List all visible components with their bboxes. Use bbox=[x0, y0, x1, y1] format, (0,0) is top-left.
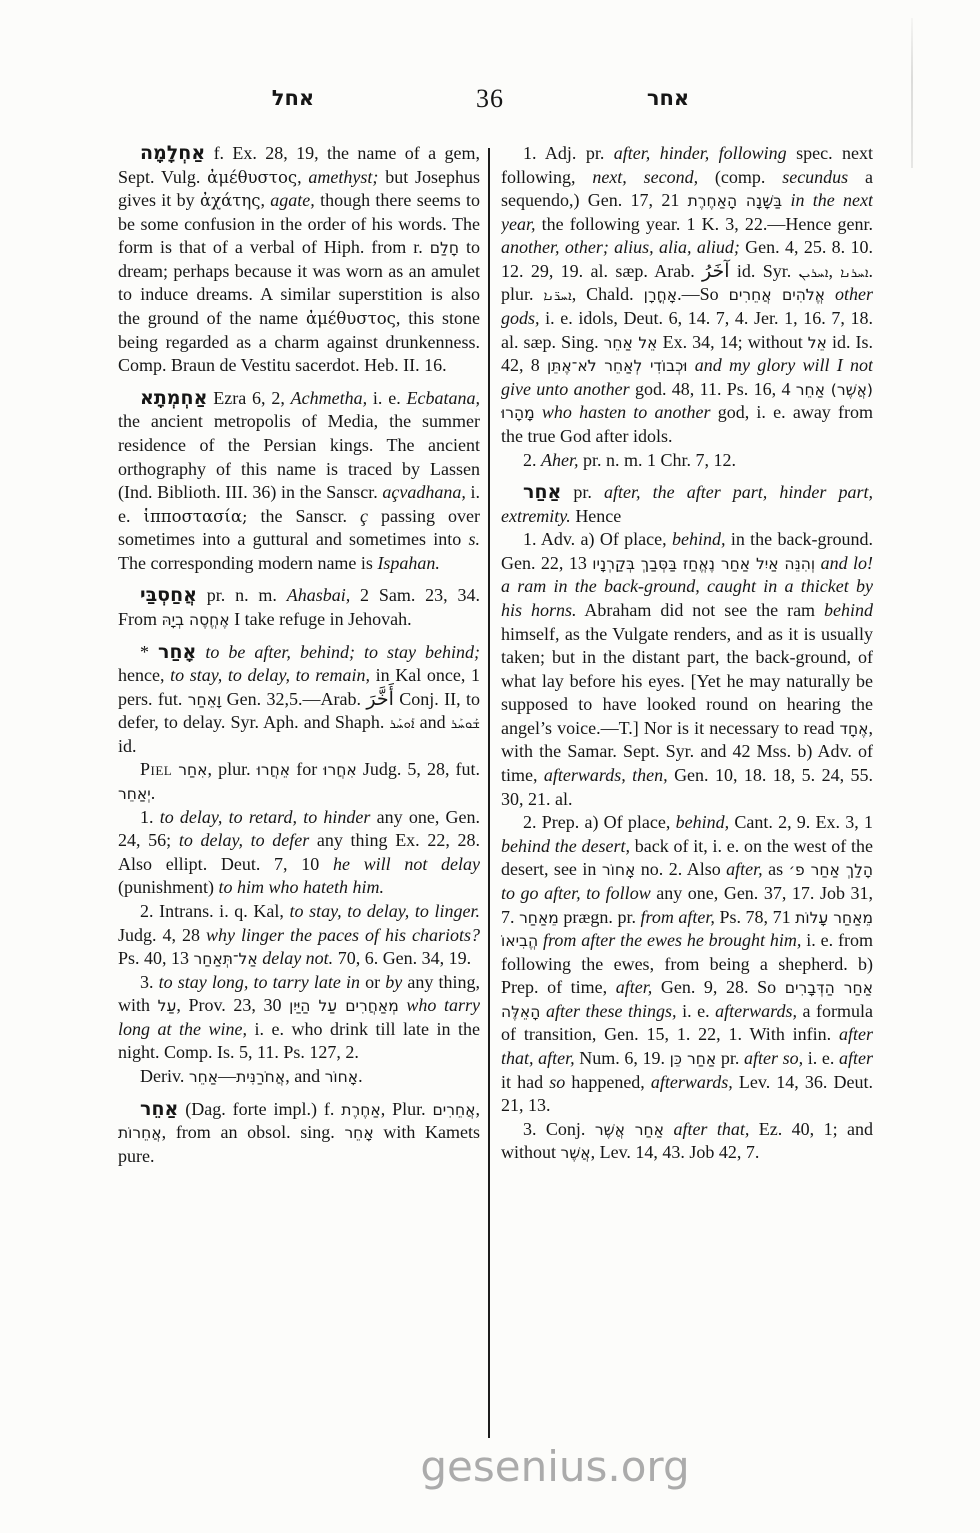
italic-text-run: after so, bbox=[744, 1048, 803, 1068]
hebrew-text: אֵל bbox=[808, 334, 827, 352]
italic-text-run: to delay, to retard, to hinder bbox=[160, 807, 371, 827]
italic-text-run: Ahasbai, bbox=[287, 585, 351, 605]
hebrew-text: אֲחֵרִים bbox=[433, 1101, 476, 1119]
hebrew-text: אַחֶרֶת bbox=[341, 1101, 380, 1119]
text-run: , Prov. 23, 30 bbox=[176, 995, 289, 1015]
entry-paragraph: 2. Aher, pr. n. m. 1 Chr. 7, 12. bbox=[501, 449, 873, 473]
entry-paragraph: 1. Adj. pr. after, hinder, following spe… bbox=[501, 142, 873, 449]
italic-text-run: afterwards, bbox=[715, 1001, 797, 1021]
grammar-label: Piel bbox=[140, 759, 172, 779]
scan-artifact-line bbox=[911, 18, 913, 168]
hebrew-text: אִחֲרוּ bbox=[323, 761, 356, 779]
text-run: (Dag. forte impl.) f. bbox=[178, 1099, 341, 1119]
text-run: id. bbox=[118, 736, 137, 756]
text-run: , Chald. bbox=[572, 284, 644, 304]
syriac-text: ܐܚܪܝܢ bbox=[799, 266, 829, 281]
text-run: or bbox=[360, 972, 385, 992]
text-run: (punishment) bbox=[118, 877, 219, 897]
italic-text-run: after bbox=[839, 1048, 873, 1068]
text-run: 1. Adv. a) Of place, bbox=[523, 529, 672, 549]
italic-text-run: afterwards, then, bbox=[544, 765, 668, 785]
entry-paragraph: Piel אִחַר, plur. אֵחֲרוּ for אִחֲרוּ Ju… bbox=[118, 758, 480, 805]
hebrew-text: בַּשָּׁנָה הָאַחֶרֶת bbox=[688, 192, 783, 210]
text-run: 2. Intrans. i. q. Kal, bbox=[140, 901, 289, 921]
entry-paragraph: 1. Adv. a) Of place, behind, in the back… bbox=[501, 528, 873, 811]
italic-text-run: ç bbox=[360, 506, 368, 526]
text-run: and bbox=[415, 712, 451, 732]
text-run: The corresponding modern name is bbox=[118, 553, 377, 573]
hebrew-headword: אַחֵר bbox=[140, 1098, 178, 1120]
running-head-word-left: אחל bbox=[223, 86, 363, 110]
text-run bbox=[535, 402, 542, 422]
entry-paragraph: 1. to delay, to retard, to hinder any on… bbox=[118, 806, 480, 900]
text-run: 1. Adj. pr. bbox=[523, 143, 614, 163]
italic-text-run: behind the desert, bbox=[501, 836, 630, 856]
text-run: , bbox=[260, 190, 270, 210]
text-run: Judg. 4, 28 bbox=[118, 925, 206, 945]
text-run: pr. bbox=[716, 1048, 744, 1068]
italic-text-run: why linger the paces of his chariots? bbox=[206, 925, 480, 945]
text-run: , from an obsol. sing. bbox=[162, 1122, 345, 1142]
text-run: * bbox=[140, 642, 158, 662]
hebrew-text: אֲחֵרוֹת bbox=[118, 1124, 162, 1142]
text-run: .—So bbox=[677, 284, 728, 304]
greek-text: ἀχάτης bbox=[200, 191, 261, 210]
text-run: pr. bbox=[561, 482, 604, 502]
greek-text: ἀμέθυστος bbox=[306, 309, 396, 328]
hebrew-text: אֶחֱסֶה בְיָהּ bbox=[162, 611, 230, 629]
italic-text-run: Ecbatana, bbox=[407, 388, 481, 408]
text-run: the Sanscr. bbox=[248, 506, 360, 526]
italic-text-run: from after, bbox=[641, 907, 715, 927]
text-run: 2. bbox=[523, 450, 541, 470]
italic-text-run: to stay long, to tarry late in bbox=[159, 972, 360, 992]
italic-text-run: after, bbox=[616, 977, 653, 997]
italic-text-run: to stay, to delay, to remain, bbox=[170, 665, 370, 685]
italic-text-run: açvadhana, bbox=[382, 482, 465, 502]
hebrew-text: אַחֵר bbox=[189, 1068, 218, 1086]
right-text-column: 1. Adj. pr. after, hinder, following spe… bbox=[501, 142, 873, 1442]
hebrew-text: אֱלֹהִים אֲחֵרִים bbox=[729, 286, 825, 304]
italic-text-run: after these things, bbox=[546, 1001, 677, 1021]
text-run: prægn. pr. bbox=[559, 907, 641, 927]
text-run: I take refuge in Jehovah. bbox=[230, 609, 412, 629]
hebrew-text: אַחַר אֲשֶׁר bbox=[595, 1121, 664, 1139]
arabic-text: أَخَّرَ bbox=[366, 688, 394, 710]
text-run: 3. bbox=[140, 972, 159, 992]
hebrew-text: מֵאַחַר bbox=[519, 909, 559, 927]
entry-paragraph: 3. Conj. אַחַר אֲשֶׁר after that, Ez. 40… bbox=[501, 1118, 873, 1165]
syriac-text: ܐܰܘܚܰܪ bbox=[389, 717, 414, 732]
text-run: Gen. 9, 28. So bbox=[652, 977, 784, 997]
text-run: Num. 6, 19. bbox=[575, 1048, 670, 1068]
greek-text: ἱπποστασία; bbox=[143, 507, 247, 526]
hebrew-text: אֵל אַחֵר bbox=[604, 334, 658, 352]
text-run: Judg. 5, 28, fut. bbox=[357, 759, 480, 779]
italic-text-run: to go after, to follow bbox=[501, 883, 651, 903]
italic-text-run: by bbox=[385, 972, 402, 992]
hebrew-text: אַחַר כֵּן bbox=[670, 1050, 717, 1068]
italic-text-run: s. bbox=[468, 529, 480, 549]
hebrew-text: הָלַךְ אַחַר פ׳ bbox=[789, 861, 873, 879]
text-run: Ex. 34, 14; without bbox=[658, 332, 808, 352]
syriac-text: ܐܚܪ̈ܢܐ bbox=[543, 289, 571, 304]
text-run: 1. bbox=[140, 807, 160, 827]
hebrew-text: אִחַר bbox=[178, 761, 207, 779]
text-run: , bbox=[476, 1099, 480, 1119]
text-run: i. e. bbox=[803, 1048, 839, 1068]
text-run: it had bbox=[501, 1072, 549, 1092]
italic-text-run: to him who hateth him. bbox=[219, 877, 385, 897]
text-run: as bbox=[763, 859, 789, 879]
hebrew-headword: אָחַר bbox=[158, 641, 196, 663]
text-run: Gen. 32,5.—Arab. bbox=[221, 689, 366, 709]
italic-text-run: Aher, bbox=[541, 450, 579, 470]
text-run: , bbox=[828, 261, 840, 281]
hebrew-text: חָלַם bbox=[430, 239, 459, 257]
running-head-word-right: אחר bbox=[598, 86, 738, 110]
italic-text-run: afterwards, bbox=[651, 1072, 733, 1092]
text-run: . bbox=[151, 783, 156, 803]
text-run: , Lev. 14, 43. Job 42, 7. bbox=[591, 1142, 760, 1162]
text-run: himself, as the Vulgate renders, and as … bbox=[501, 624, 873, 738]
hebrew-text: אָחֳרָן bbox=[644, 286, 677, 304]
column-divider-rule bbox=[488, 148, 490, 1438]
text-run: 3. Conj. bbox=[523, 1119, 595, 1139]
text-run: hence, bbox=[118, 665, 170, 685]
hebrew-text: עַל bbox=[158, 997, 177, 1015]
hebrew-text: וְהִנֵּה אַיִל אַחַר נֶאֱחַז בַּסְּבַךְ … bbox=[592, 555, 815, 573]
hebrew-headword: אֲחַסְבַּי bbox=[140, 584, 197, 606]
text-run: no. 2. Also bbox=[635, 859, 726, 879]
entry-paragraph: אַחְלָמָה f. Ex. 28, 19, the name of a g… bbox=[118, 142, 480, 378]
text-run bbox=[688, 355, 695, 375]
text-run: Hence bbox=[571, 506, 621, 526]
hebrew-text: אָחוֹר bbox=[602, 861, 635, 879]
text-run: pr. n. m. bbox=[197, 585, 287, 605]
page-number: 36 bbox=[445, 84, 535, 114]
text-run: Cant. 2, 9. Ex. 3, 1 bbox=[729, 812, 873, 832]
hebrew-text: אֲשֶׁר bbox=[561, 1144, 591, 1162]
text-run: pr. n. m. 1 Chr. 7, 12. bbox=[579, 450, 737, 470]
italic-text-run: after that, bbox=[673, 1119, 749, 1139]
entry-paragraph: * אָחַר to be after, behind; to stay beh… bbox=[118, 641, 480, 759]
hebrew-text: מְאַחֲרִים עַל הַיַּיִן bbox=[289, 997, 399, 1015]
entry-paragraph: 3. to stay long, to tarry late in or by … bbox=[118, 971, 480, 1065]
text-run: — bbox=[218, 1066, 236, 1086]
italic-text-run: to be after, behind; to stay behind; bbox=[205, 642, 480, 662]
hebrew-text: וּכְבוֹדִי לְאַחֵר לֹא־אֶתֵּן bbox=[547, 357, 687, 375]
text-run: i. e. bbox=[367, 388, 406, 408]
italic-text-run: after, hinder, following bbox=[614, 143, 787, 163]
text-run: , Plur. bbox=[381, 1099, 433, 1119]
text-run: 2. Prep. a) Of place, bbox=[523, 812, 676, 832]
italic-text-run: behind, bbox=[676, 812, 730, 832]
text-run: . bbox=[358, 1066, 363, 1086]
italic-text-run: from after the ewes he brought him, bbox=[543, 930, 801, 950]
hebrew-headword: אַחְלָמָה bbox=[140, 142, 205, 164]
hebrew-text: אֵחֲרוּ bbox=[257, 761, 290, 779]
entry-paragraph: 2. Prep. a) Of place, behind, Cant. 2, 9… bbox=[501, 811, 873, 1118]
italic-text-run: secundus bbox=[782, 167, 848, 187]
hebrew-text: אָחֵר bbox=[344, 1124, 373, 1142]
arabic-text: آخَرُ bbox=[702, 260, 730, 282]
italic-text-run: Ispahan. bbox=[377, 553, 440, 573]
hebrew-text: אַל־תְּאַחַר bbox=[194, 950, 258, 968]
entry-paragraph: אַחַר pr. after, the after part, hinder … bbox=[501, 481, 873, 528]
text-run: (comp. bbox=[698, 167, 782, 187]
text-run: Ps. 78, 71 bbox=[715, 907, 795, 927]
hebrew-headword: אַחַר bbox=[523, 481, 561, 503]
italic-text-run: behind, bbox=[672, 529, 726, 549]
syriac-text: ܐܚܪܢܐ bbox=[840, 266, 868, 281]
left-text-column: אַחְלָמָה f. Ex. 28, 19, the name of a g… bbox=[118, 142, 480, 1442]
entry-paragraph: אַחְמְתָא Ezra 6, 2, Achmetha, i. e. Ecb… bbox=[118, 387, 480, 576]
text-run: god. 48, 11. Ps. 16, 4 bbox=[630, 379, 796, 399]
text-run: happened, bbox=[565, 1072, 651, 1092]
italic-text-run: another, other; alius, alia, aliud; bbox=[501, 237, 740, 257]
text-run: for bbox=[290, 759, 323, 779]
text-run: the following year. 1 K. 3, 22.—Hence ge… bbox=[536, 214, 874, 234]
watermark-text: gesenius.org bbox=[355, 1442, 755, 1502]
entry-paragraph: אֲחַסְבַּי pr. n. m. Ahasbai, 2 Sam. 23,… bbox=[118, 584, 480, 631]
italic-text-run: he will not delay bbox=[333, 854, 480, 874]
text-run: , and bbox=[285, 1066, 325, 1086]
italic-text-run: delay not. bbox=[262, 948, 333, 968]
hebrew-headword: אַחְמְתָא bbox=[140, 387, 207, 409]
italic-text-run: Achmetha, bbox=[291, 388, 367, 408]
italic-text-run: so bbox=[549, 1072, 565, 1092]
italic-text-run: next, second, bbox=[592, 167, 698, 187]
text-run: , bbox=[297, 167, 308, 187]
hebrew-text: אֲחֹרַנִּית bbox=[236, 1068, 285, 1086]
italic-text-run: to stay, to delay, to linger. bbox=[289, 901, 480, 921]
italic-text-run: behind bbox=[824, 600, 873, 620]
text-run: Ezra 6, 2, bbox=[207, 388, 290, 408]
syriac-text: ܫܰܘܚܰܪ bbox=[451, 717, 480, 732]
entry-paragraph: אַחֵר (Dag. forte impl.) f. אַחֶרֶת, Plu… bbox=[118, 1098, 480, 1169]
text-run: Deriv. bbox=[140, 1066, 189, 1086]
italic-text-run: agate, bbox=[270, 190, 315, 210]
italic-text-run: amethyst; bbox=[308, 167, 378, 187]
italic-text-run: after, bbox=[726, 859, 763, 879]
text-run: i. e. bbox=[677, 1001, 716, 1021]
entry-paragraph: Deriv. אַחֵר—אֲחֹרַנִּית, and אָחוֹר. bbox=[118, 1065, 480, 1089]
greek-text: ἀμέθυστος bbox=[207, 168, 297, 187]
text-run: Abraham did not see the ram bbox=[576, 600, 824, 620]
hebrew-text: אֶחָד bbox=[840, 720, 869, 738]
hebrew-text: וָאֵחַר bbox=[188, 691, 221, 709]
dictionary-page: אחל 36 אחר אַחְלָמָה f. Ex. 28, 19, the … bbox=[0, 0, 980, 1533]
text-run: , plur. bbox=[208, 759, 257, 779]
italic-text-run: to delay, to defer bbox=[179, 830, 309, 850]
text-run bbox=[825, 284, 835, 304]
italic-text-run: who hasten to another bbox=[542, 402, 711, 422]
running-head: אחל 36 אחר bbox=[0, 86, 980, 126]
text-run: Ps. 40, 13 bbox=[118, 948, 194, 968]
hebrew-text: יְאַחֵר bbox=[118, 785, 151, 803]
text-run: id. Syr. bbox=[730, 261, 799, 281]
text-run: 70, 6. Gen. 34, 19. bbox=[333, 948, 471, 968]
hebrew-text: אָחוֹר bbox=[325, 1068, 358, 1086]
entry-paragraph: 2. Intrans. i. q. Kal, to stay, to delay… bbox=[118, 900, 480, 971]
